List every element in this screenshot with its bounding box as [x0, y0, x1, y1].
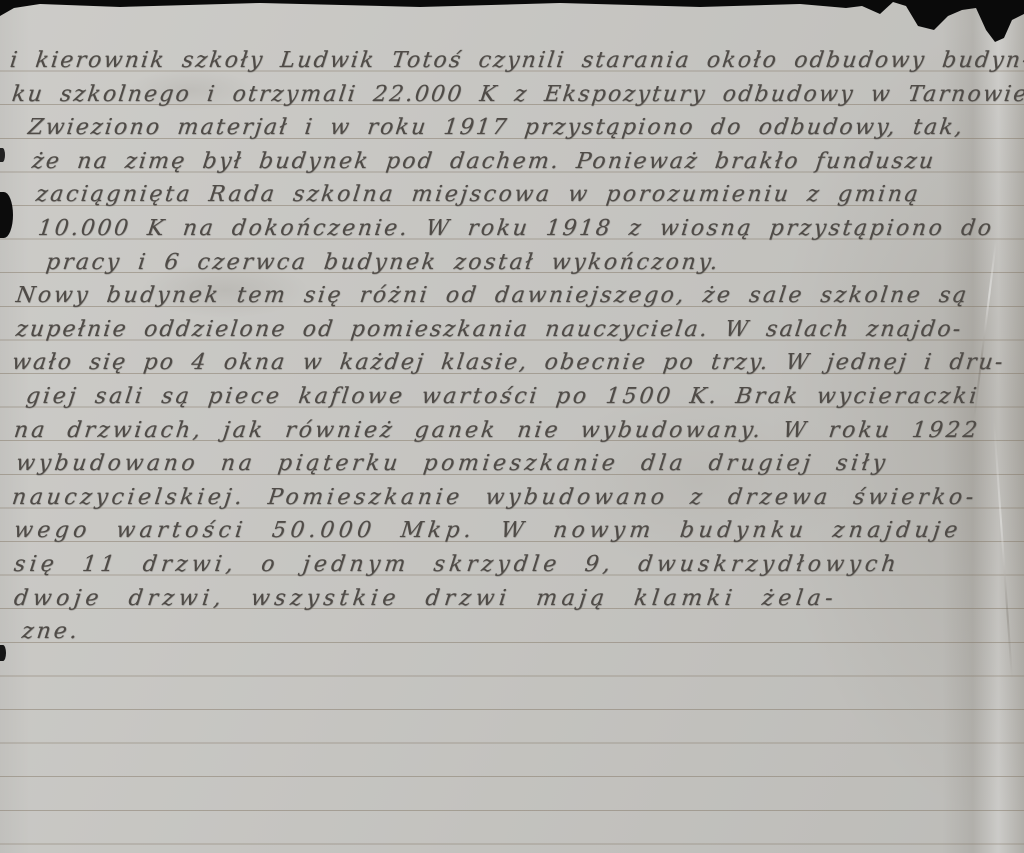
paper-sheet: i kierownik szkoły Ludwik Totoś czynili …: [0, 0, 1024, 853]
manuscript-line: wego wartości 50.000 Mkp. W nowym budynk…: [12, 514, 1024, 548]
manuscript-line: 10.000 K na dokończenie. W roku 1918 z w…: [36, 212, 1024, 246]
manuscript-line: dwoje drzwi, wszystkie drzwi mają klamki…: [12, 582, 1024, 616]
manuscript-line: wybudowano na piąterku pomieszkanie dla …: [14, 447, 1024, 481]
manuscript-line: Zwieziono materjał i w roku 1917 przystą…: [26, 111, 1024, 145]
ink-blot-left-edge-small-bottom: [0, 645, 6, 661]
manuscript-line: ku szkolnego i otrzymali 22.000 K z Eksp…: [10, 78, 1024, 112]
manuscript-line: wało się po 4 okna w każdej klasie, obec…: [10, 346, 1024, 380]
manuscript-line: i kierownik szkoły Ludwik Totoś czynili …: [8, 44, 1024, 78]
scanned-page: i kierownik szkoły Ludwik Totoś czynili …: [0, 0, 1024, 853]
manuscript-line: zne.: [20, 615, 1024, 649]
manuscript-line: pracy i 6 czerwca budynek został wykończ…: [44, 246, 1024, 280]
manuscript-line: zupełnie oddzielone od pomieszkania nauc…: [14, 313, 1024, 347]
manuscript-line: Nowy budynek tem się różni od dawniejsze…: [14, 279, 1024, 313]
manuscript-line: nauczycielskiej. Pomieszkanie wybudowano…: [10, 481, 1024, 515]
manuscript-line: że na zimę był budynek pod dachem. Ponie…: [30, 145, 1024, 179]
ink-blot-left-edge-small-top: [0, 148, 5, 162]
manuscript-line: na drzwiach, jak również ganek nie wybud…: [12, 414, 1024, 448]
manuscript-line: się 11 drzwi, o jednym skrzydle 9, dwusk…: [12, 548, 1024, 582]
manuscript-line: zaciągnięta Rada szkolna miejscowa w por…: [34, 178, 1024, 212]
manuscript-line: giej sali są piece kaflowe wartości po 1…: [24, 380, 1024, 414]
manuscript-text: i kierownik szkoły Ludwik Totoś czynili …: [0, 44, 1024, 649]
